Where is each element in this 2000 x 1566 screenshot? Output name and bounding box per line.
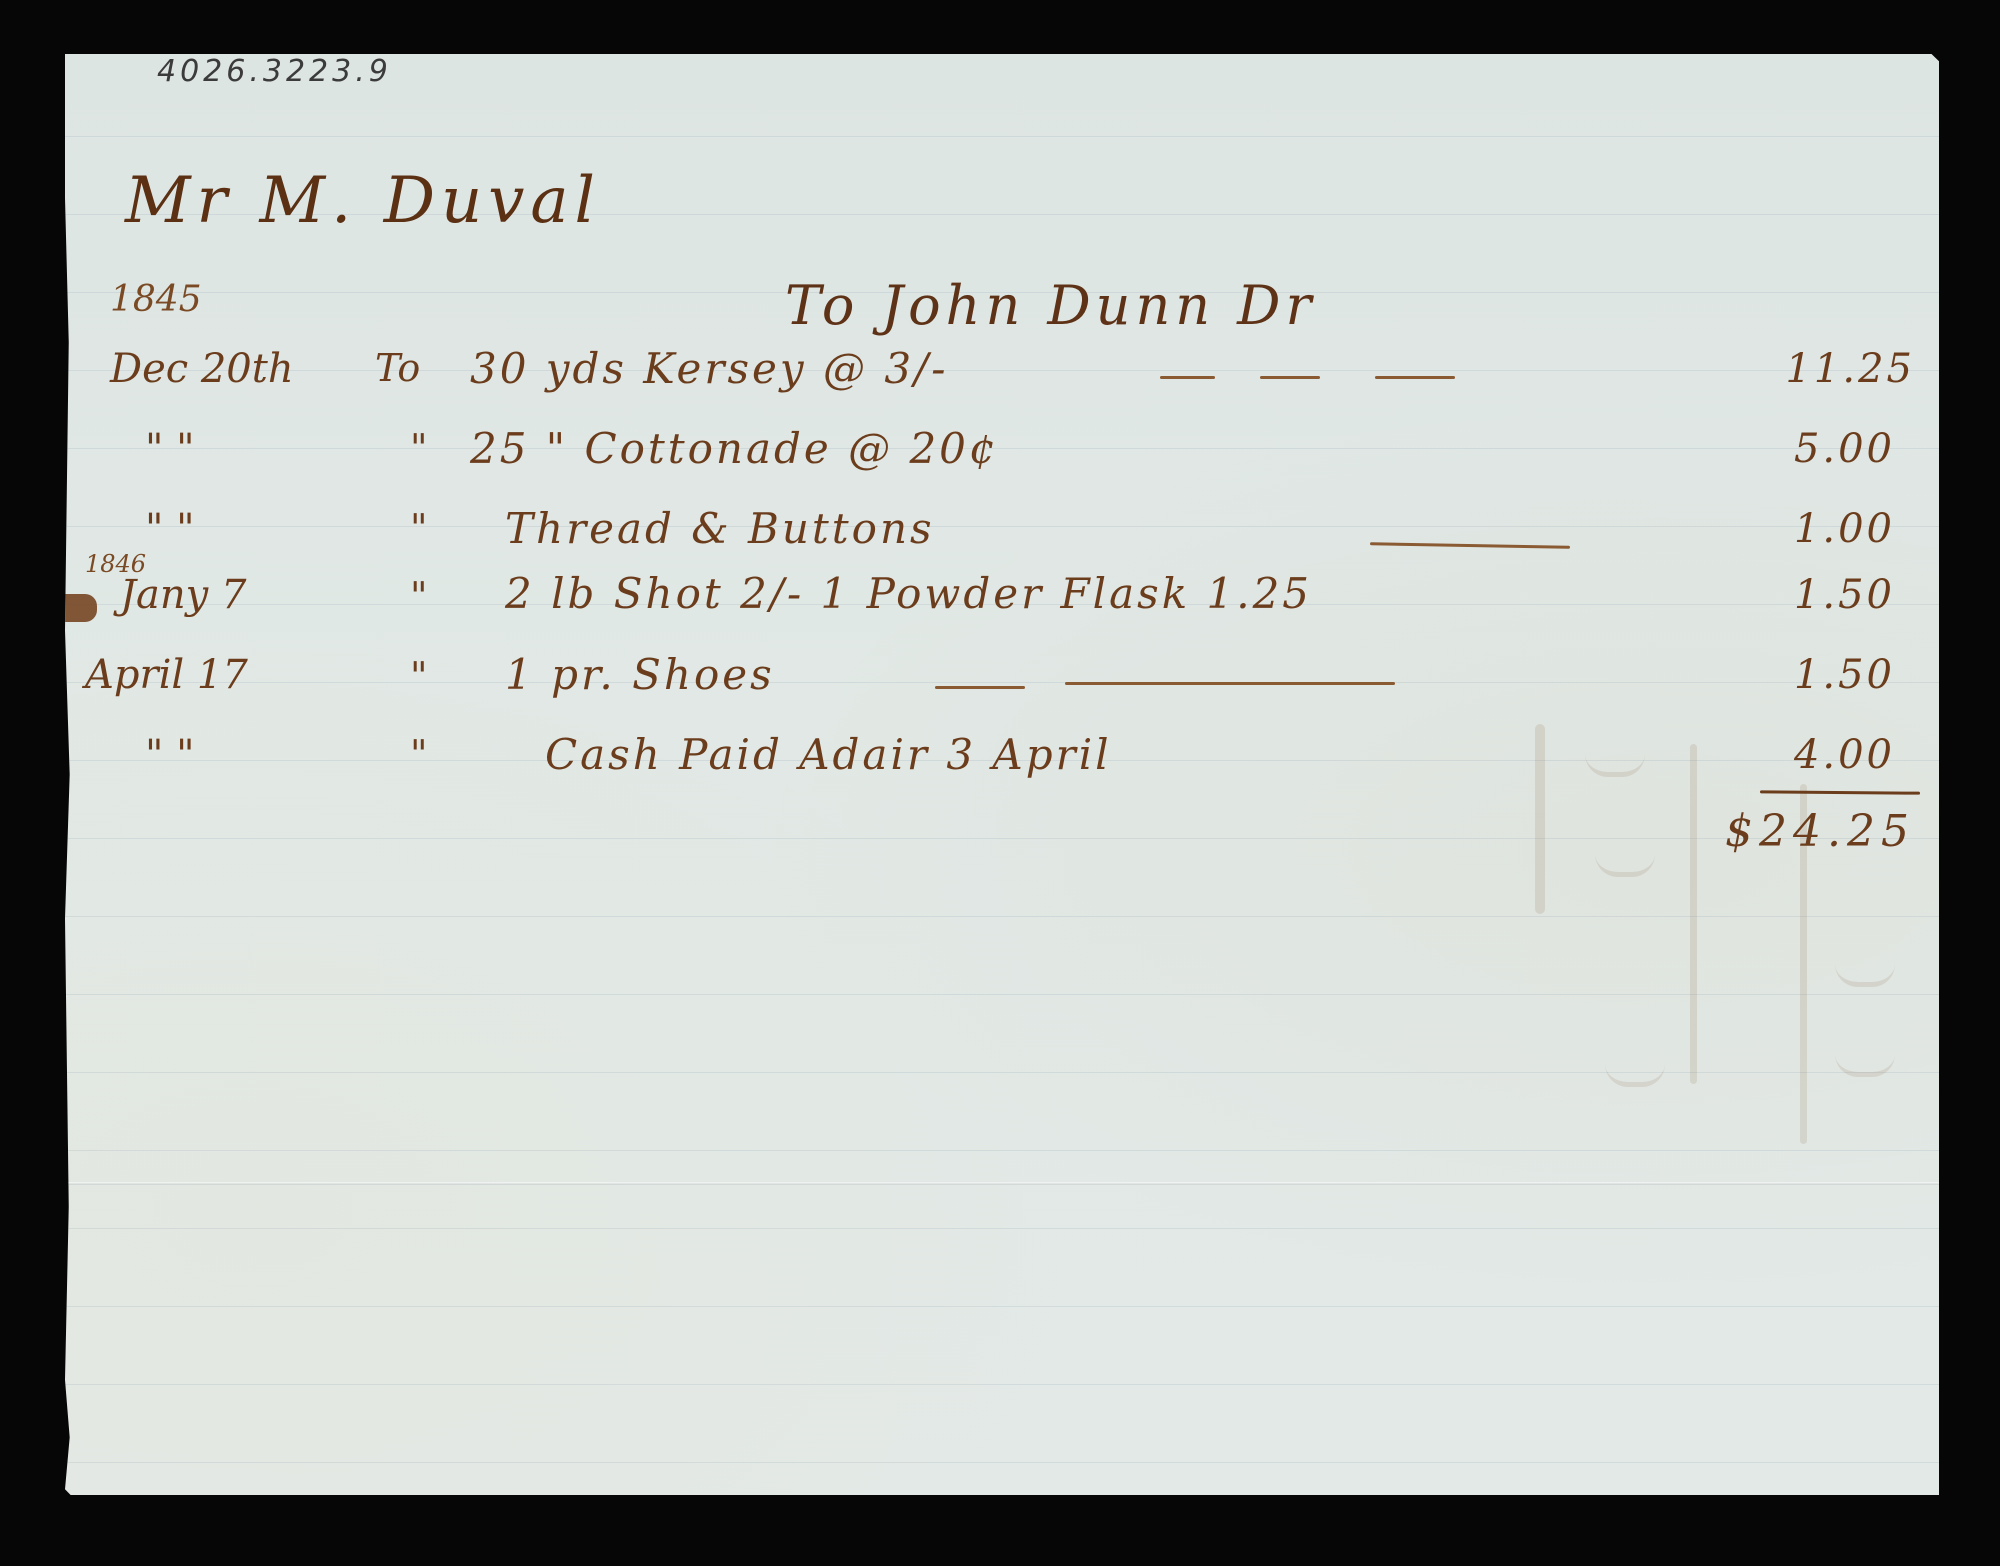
- entry-to: ": [410, 654, 427, 698]
- bleed-through-mark: [1605, 1064, 1665, 1087]
- ruled-line: [65, 526, 1939, 527]
- entry-to: ": [410, 732, 427, 776]
- bleed-through-mark: [1535, 724, 1545, 914]
- ruled-line: [65, 370, 1939, 371]
- entry-description: 25 " Cottonade @ 20¢: [470, 424, 999, 473]
- entry-description: 2 lb Shot 2/- 1 Powder Flask 1.25: [505, 569, 1312, 618]
- entry-description: Cash Paid Adair 3 April: [545, 730, 1112, 779]
- entry-date: Dec 20th: [110, 346, 294, 392]
- entry-date: " ": [145, 506, 195, 552]
- entry-amount: 11.25: [1715, 346, 1915, 392]
- ruled-line: [65, 1384, 1939, 1385]
- entry-date: " ": [145, 426, 195, 472]
- fill-dash: [1065, 682, 1395, 685]
- entry-amount: 1.50: [1695, 572, 1895, 618]
- entry-amount: 1.00: [1695, 506, 1895, 552]
- entry-date: Jany 7: [120, 572, 246, 618]
- sum-underline: [1760, 790, 1920, 794]
- fill-dash: [1260, 376, 1320, 379]
- ruled-line: [65, 1228, 1939, 1229]
- creditor-line: To John Dunn Dr: [785, 274, 1316, 337]
- ruled-line: [65, 448, 1939, 449]
- bleed-through-mark: [1595, 854, 1655, 877]
- fill-dash: [1160, 376, 1215, 379]
- entry-amount: 4.00: [1695, 732, 1895, 778]
- catalog-number: 4026.3223.9: [157, 54, 392, 89]
- year-heading: 1845: [110, 279, 202, 320]
- ruled-line: [65, 1150, 1939, 1151]
- bleed-through-mark: [1585, 754, 1645, 777]
- entry-amount: 1.50: [1695, 652, 1895, 698]
- ink-stain: [63, 594, 97, 622]
- bleed-through-mark: [1835, 1054, 1895, 1077]
- entry-to: To: [375, 346, 420, 390]
- entry-date: " ": [145, 732, 195, 778]
- addressee: Mr M. Duval: [125, 164, 601, 238]
- invoice-total: $24.25: [1725, 806, 1915, 857]
- ruled-line: [65, 136, 1939, 137]
- entry-description: 1 pr. Shoes: [505, 650, 775, 699]
- entry-description: 30 yds Kersey @ 3/-: [470, 344, 948, 393]
- entry-to: ": [410, 574, 427, 618]
- ruled-line: [65, 916, 1939, 917]
- ruled-line: [65, 994, 1939, 995]
- ruled-line: [65, 838, 1939, 839]
- entry-description: Thread & Buttons: [505, 504, 935, 553]
- entry-to: ": [410, 506, 427, 550]
- fill-dash: [1375, 376, 1455, 379]
- ruled-line: [65, 682, 1939, 683]
- ruled-line: [65, 1306, 1939, 1307]
- fold-crease: [65, 1182, 1939, 1185]
- fill-dash: [935, 686, 1025, 689]
- fill-dash: [1370, 542, 1570, 548]
- bleed-through-mark: [1835, 964, 1895, 987]
- entry-date: April 17: [85, 652, 248, 698]
- ruled-line: [65, 1462, 1939, 1463]
- bleed-through-mark: [1690, 744, 1697, 1084]
- entry-to: ": [410, 426, 427, 470]
- entry-amount: 5.00: [1695, 426, 1895, 472]
- invoice-paper: 4026.3223.9 Mr M. Duval 1845 To John Dun…: [65, 54, 1939, 1495]
